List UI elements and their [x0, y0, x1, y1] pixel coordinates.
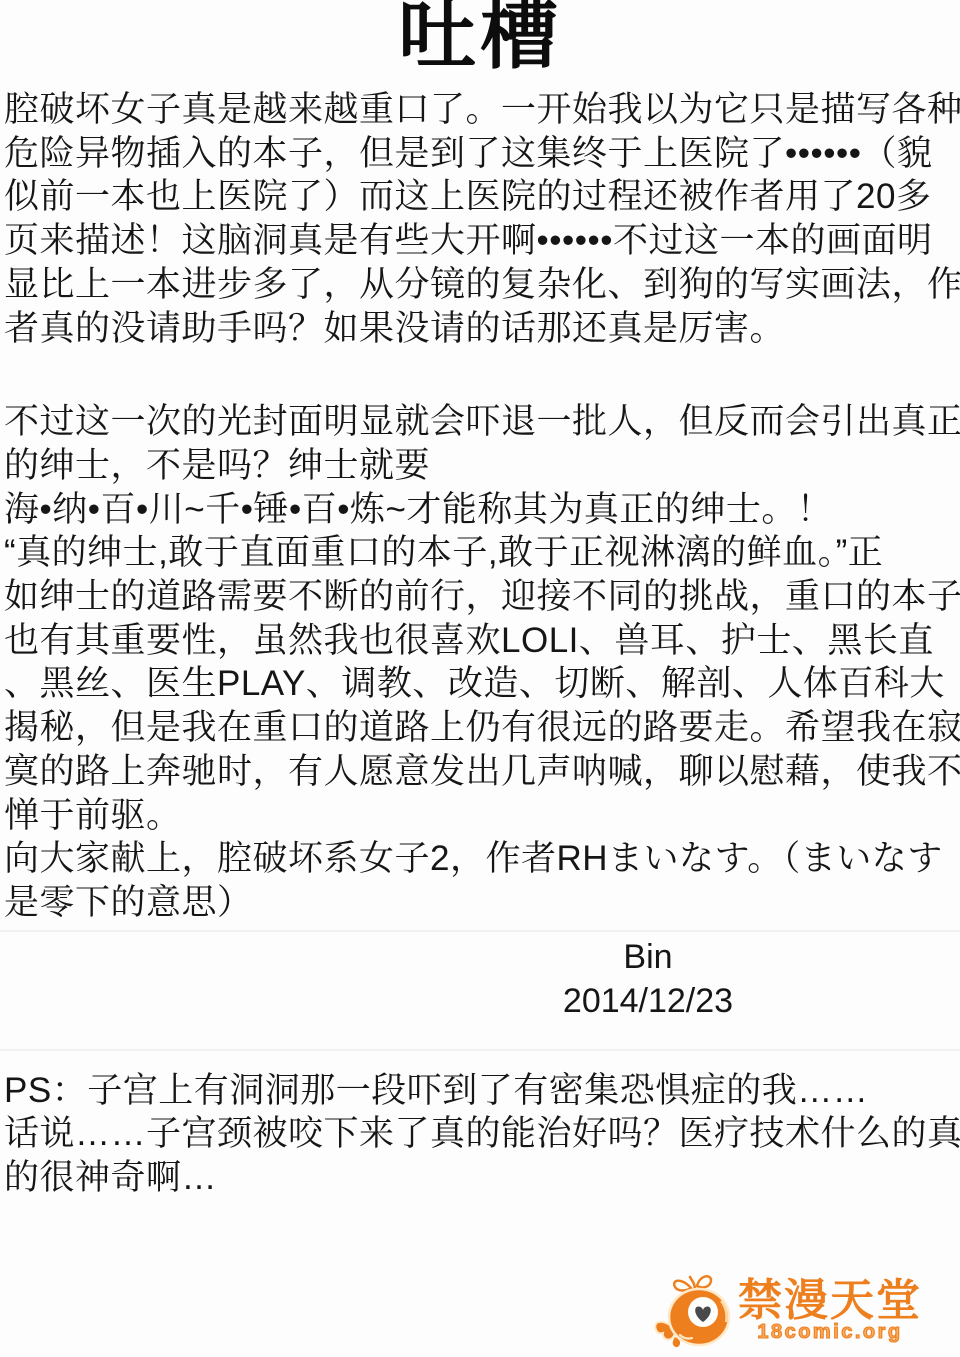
text-line: 惮于前驱。: [4, 794, 960, 838]
watermark-site-url: 18comic.org: [757, 1321, 902, 1343]
text-line: PS：子宫上有洞洞那一段吓到了有密集恐惧症的我……: [4, 1069, 960, 1113]
text-line: 也有其重要性，虽然我也很喜欢LOLI、兽耳、护士、黑长直: [4, 619, 960, 663]
watermark-text: 禁漫天堂 18comic.org: [738, 1279, 922, 1343]
text-line: 如绅士的道路需要不断的前行，迎接不同的挑战，重口的本子: [4, 575, 960, 619]
text-line: 的很神奇啊…: [4, 1156, 960, 1200]
text-line: “真的绅士,敢于直面重口的本子,敢于正视淋漓的鲜血。”正: [4, 531, 960, 575]
text-line: 是零下的意思）: [4, 881, 960, 925]
text-line: 腔破坏女子真是越来越重口了。一开始我以为它只是描写各种: [4, 88, 960, 132]
watermark-site-name: 禁漫天堂: [738, 1279, 922, 1323]
scan-artifact: [0, 1049, 960, 1051]
signature-name: Bin: [338, 935, 958, 979]
signature-date: 2014/12/23: [338, 979, 958, 1023]
ps-note: PS：子宫上有洞洞那一段吓到了有密集恐惧症的我……话说……子宫颈被咬下来了真的能…: [0, 1069, 960, 1200]
page-title: 吐槽: [0, 0, 960, 76]
text-line: 海•纳•百•川~千•锤•百•炼~才能称其为真正的绅士。！: [4, 488, 960, 532]
text-line: 危险异物插入的本子，但是到了这集终于上医院了••••••（貌: [4, 132, 960, 176]
text-line: 者真的没请助手吗？如果没请的话那还真是厉害。: [4, 307, 960, 351]
site-watermark: 禁漫天堂 18comic.org: [650, 1273, 922, 1349]
text-line: 、黑丝、医生PLAY、调教、改造、切断、解剖、人体百科大: [4, 662, 960, 706]
text-line: 似前一本也上医院了）而这上医院的过程还被作者用了20多: [4, 175, 960, 219]
text-line: 不过这一次的光封面明显就会吓退一批人，但反而会引出真正: [4, 400, 960, 444]
text-line: 寞的路上奔驰时，有人愿意发出几声呐喊，聊以慰藉，使我不: [4, 750, 960, 794]
scan-artifact: [0, 930, 960, 932]
paragraph-2: 不过这一次的光封面明显就会吓退一批人，但反而会引出真正的绅士，不是吗？绅士就要海…: [0, 400, 960, 924]
text-line: 话说……子宫颈被咬下来了真的能治好吗？医疗技术什么的真: [4, 1112, 960, 1156]
text-line: 向大家献上，腔破坏系女子2，作者RHまいなす。（まいなす: [4, 837, 960, 881]
text-line: 页来描述！这脑洞真是有些大开啊••••••不过这一本的画面明: [4, 219, 960, 263]
paragraph-1: 腔破坏女子真是越来越重口了。一开始我以为它只是描写各种危险异物插入的本子，但是到…: [0, 88, 960, 350]
text-line: 的绅士，不是吗？绅士就要: [4, 444, 960, 488]
signature-block: Bin 2014/12/23: [338, 935, 958, 1023]
text-line: 揭秘，但是我在重口的道路上仍有很远的路要走。希望我在寂: [4, 706, 960, 750]
text-line: 显比上一本进步多了，从分镜的复杂化、到狗的写实画法，作: [4, 263, 960, 307]
whale-heart-mascot-icon: [650, 1273, 734, 1349]
scanned-afterword-page: { "page": { "title": "吐槽", "paragraphs":…: [0, 0, 960, 1357]
